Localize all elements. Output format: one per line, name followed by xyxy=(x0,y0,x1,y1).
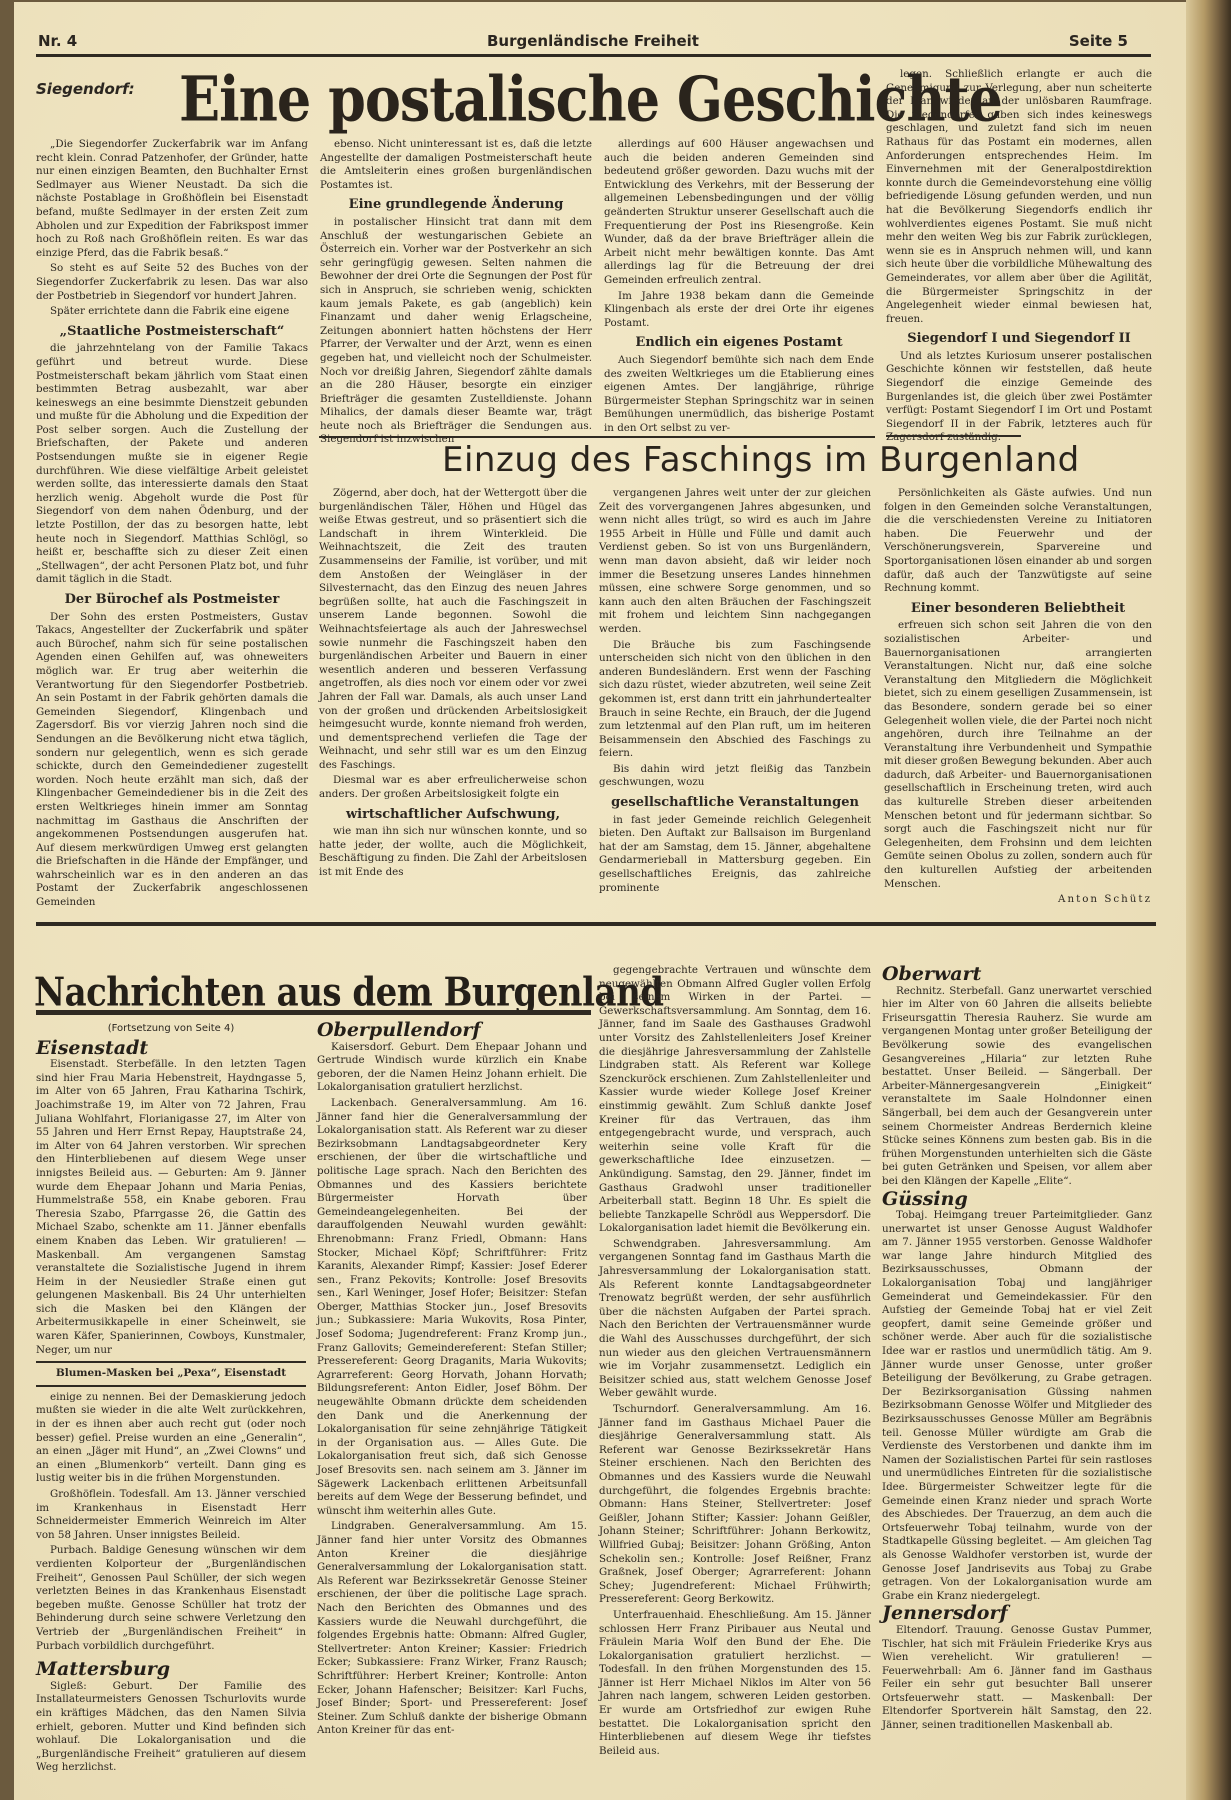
paragraph-group: Auch Siegendorf bemühte sich nach dem En… xyxy=(604,354,874,436)
page-header: Nr. 4 Burgenländische Freiheit Seite 5 xyxy=(38,32,1148,54)
region-heading: Mattersburg xyxy=(36,1663,306,1677)
paragraph: Lindgraben. Generalversammlung. Am 15. J… xyxy=(317,1520,587,1738)
paragraph-group: gegengebrachte Vertrauen und wünschte de… xyxy=(599,964,871,1758)
article1-column-2: ebenso. Nicht uninteressant ist es, daß … xyxy=(320,138,592,449)
paragraph: Im Jahre 1938 bekam dann die Gemeinde Kl… xyxy=(604,290,874,331)
news-column-1: (Fortsetzung von Seite 4) Eisenstadt Eis… xyxy=(36,1020,306,1777)
paragraph-group: wie man ihn sich nur wünschen konnte, un… xyxy=(319,825,587,879)
subheading: Endlich ein eigenes Postamt xyxy=(604,336,874,350)
paragraph: die jahrzehntelang von der Familie Takac… xyxy=(36,342,308,587)
paragraph: Später errichtete dann die Fabrik eine e… xyxy=(36,305,308,319)
subheading: „Staatliche Postmeisterschaft“ xyxy=(36,325,308,339)
paragraph-group: die jahrzehntelang von der Familie Takac… xyxy=(36,342,308,587)
subheading: Eine grundlegende Änderung xyxy=(320,198,592,212)
article1-column-3: allerdings auf 600 Häuser angewachsen un… xyxy=(604,138,874,437)
paragraph: erfreuen sich schon seit Jahren die von … xyxy=(884,619,1152,891)
article1-column-1: „Die Siegendorfer Zuckerfabrik war im An… xyxy=(36,138,308,912)
paragraph-group: einige zu nennen. Bei der Demaskierung j… xyxy=(36,1391,306,1653)
paragraph-group: „Die Siegendorfer Zuckerfabrik war im An… xyxy=(36,138,308,319)
continuation-note: (Fortsetzung von Seite 4) xyxy=(36,1022,306,1036)
region-heading: Oberwart xyxy=(882,968,1152,982)
paragraph-group: Und als letztes Kuriosum unserer postali… xyxy=(886,350,1152,445)
article2-column-3: Persönlichkeiten als Gäste aufwies. Und … xyxy=(884,487,1152,907)
news-column-4: Oberwart Rechnitz. Sterbefall. Ganz uner… xyxy=(882,964,1152,1735)
paragraph: Tschurndorf. Generalversammlung. Am 16. … xyxy=(599,1403,871,1607)
newspaper-name: Burgenländische Freiheit xyxy=(38,32,1148,50)
paragraph: wie man ihn sich nur wünschen konnte, un… xyxy=(319,825,587,879)
paragraph: Kaisersdorf. Geburt. Dem Ehepaar Johann … xyxy=(317,1041,587,1095)
paragraph-group: ebenso. Nicht uninteressant ist es, daß … xyxy=(320,138,592,192)
subheading: Der Bürochef als Postmeister xyxy=(36,593,308,607)
section-rule xyxy=(319,436,875,438)
book-binding-edge xyxy=(1186,0,1231,1800)
paragraph: Bis dahin wird jetzt fleißig das Tanzbei… xyxy=(599,763,871,790)
article-end-rule xyxy=(886,435,1021,437)
paragraph: einige zu nennen. Bei der Demaskierung j… xyxy=(36,1391,306,1486)
paragraph: Eisenstadt. Sterbefälle. In den letzten … xyxy=(36,1058,306,1357)
region-heading: Güssing xyxy=(882,1193,1152,1207)
paragraph-group: Kaisersdorf. Geburt. Dem Ehepaar Johann … xyxy=(317,1041,587,1738)
paragraph-group: Der Sohn des ersten Postmeisters, Gustav… xyxy=(36,611,308,910)
paragraph-group: allerdings auf 600 Häuser angewachsen un… xyxy=(604,138,874,330)
paragraph: Tobaj. Heimgang treuer Parteimitglieder.… xyxy=(882,1209,1152,1603)
paragraph: „Die Siegendorfer Zuckerfabrik war im An… xyxy=(36,138,308,260)
paragraph: So steht es auf Seite 52 des Buches von … xyxy=(36,262,308,303)
paragraph-group: legen. Schließlich erlangte er auch die … xyxy=(886,68,1152,326)
paragraph: Auch Siegendorf bemühte sich nach dem En… xyxy=(604,354,874,436)
article1-column-4: legen. Schließlich erlangte er auch die … xyxy=(886,68,1152,447)
paragraph: Persönlichkeiten als Gäste aufwies. Und … xyxy=(884,487,1152,596)
paragraph-group: Persönlichkeiten als Gäste aufwies. Und … xyxy=(884,487,1152,596)
page-number: Seite 5 xyxy=(1069,32,1128,50)
paragraph: legen. Schließlich erlangte er auch die … xyxy=(886,68,1152,326)
newspaper-page: Nr. 4 Burgenländische Freiheit Seite 5 S… xyxy=(14,2,1186,1800)
paragraph: Rechnitz. Sterbefall. Ganz unerwartet ve… xyxy=(882,985,1152,1189)
paragraph-group: Eisenstadt. Sterbefälle. In den letzten … xyxy=(36,1058,306,1357)
region-heading: Eisenstadt xyxy=(36,1042,306,1056)
paragraph: in postalischer Hinsicht trat dann mit d… xyxy=(320,216,592,447)
news-column-2: Oberpullendorf Kaisersdorf. Geburt. Dem … xyxy=(317,1020,587,1740)
subheading: Siegendorf I und Siegendorf II xyxy=(886,332,1152,346)
paragraph-group: Zögernd, aber doch, hat der Wettergott ü… xyxy=(319,487,587,802)
paragraph: allerdings auf 600 Häuser angewachsen un… xyxy=(604,138,874,288)
section-title-rule xyxy=(36,1010,591,1015)
news-column-3: gegengebrachte Vertrauen und wünschte de… xyxy=(599,964,871,1760)
author-signature: Anton Schütz xyxy=(884,893,1152,907)
paragraph: Eltendorf. Trauung. Genosse Gustav Pumme… xyxy=(882,1624,1152,1733)
paragraph: Zögernd, aber doch, hat der Wettergott ü… xyxy=(319,487,587,772)
paragraph-group: erfreuen sich schon seit Jahren die von … xyxy=(884,619,1152,891)
article-kicker: Siegendorf: xyxy=(36,80,135,98)
paragraph: Lackenbach. Generalversammlung. Am 16. J… xyxy=(317,1097,587,1518)
paragraph-group: Rechnitz. Sterbefall. Ganz unerwartet ve… xyxy=(882,985,1152,1189)
header-rule xyxy=(36,54,1151,57)
paragraph-group: in fast jeder Gemeinde reichlich Gelegen… xyxy=(599,814,871,896)
subheading: gesellschaftliche Veranstaltungen xyxy=(599,796,871,810)
subheading: wirtschaftlicher Aufschwung, xyxy=(319,808,587,822)
article2-column-1: Zögernd, aber doch, hat der Wettergott ü… xyxy=(319,487,587,882)
advertisement-box: Blumen-Masken bei „Pexa“, Eisenstadt xyxy=(36,1361,306,1387)
paragraph: vergangenen Jahres weit unter der zur gl… xyxy=(599,487,871,637)
paragraph: Großhöflein. Todesfall. Am 13. Jänner ve… xyxy=(36,1488,306,1542)
article-headline: Eine postalische Geschichte xyxy=(179,62,1002,136)
paragraph: Schwendgraben. Jahresversammlung. Am ver… xyxy=(599,1238,871,1401)
paragraph: gegengebrachte Vertrauen und wünschte de… xyxy=(599,964,871,1236)
paragraph: in fast jeder Gemeinde reichlich Gelegen… xyxy=(599,814,871,896)
paragraph: ebenso. Nicht uninteressant ist es, daß … xyxy=(320,138,592,192)
region-heading: Jennersdorf xyxy=(882,1607,1152,1621)
paragraph-group: Eltendorf. Trauung. Genosse Gustav Pumme… xyxy=(882,1624,1152,1733)
paragraph: Der Sohn des ersten Postmeisters, Gustav… xyxy=(36,611,308,910)
paragraph-group: Tobaj. Heimgang treuer Parteimitglieder.… xyxy=(882,1209,1152,1603)
paragraph: Unterfrauenhaid. Eheschließung. Am 15. J… xyxy=(599,1609,871,1759)
region-heading: Oberpullendorf xyxy=(317,1024,587,1038)
paragraph-group: Sigleß: Geburt. Der Familie des Installa… xyxy=(36,1680,306,1775)
article-headline: Einzug des Faschings im Burgenland xyxy=(442,440,1080,480)
section-rule xyxy=(36,922,1156,926)
paragraph: Diesmal war es aber erfreulicherweise sc… xyxy=(319,774,587,801)
paragraph-group: in postalischer Hinsicht trat dann mit d… xyxy=(320,216,592,447)
paragraph-group: vergangenen Jahres weit unter der zur gl… xyxy=(599,487,871,790)
paragraph: Und als letztes Kuriosum unserer postali… xyxy=(886,350,1152,445)
paragraph: Die Bräuche bis zum Faschingsende unters… xyxy=(599,639,871,761)
subheading: Einer besonderen Beliebtheit xyxy=(884,602,1152,616)
article2-column-2: vergangenen Jahres weit unter der zur gl… xyxy=(599,487,871,897)
paragraph: Sigleß: Geburt. Der Familie des Installa… xyxy=(36,1680,306,1775)
paragraph: Purbach. Baldige Genesung wünschen wir d… xyxy=(36,1544,306,1653)
